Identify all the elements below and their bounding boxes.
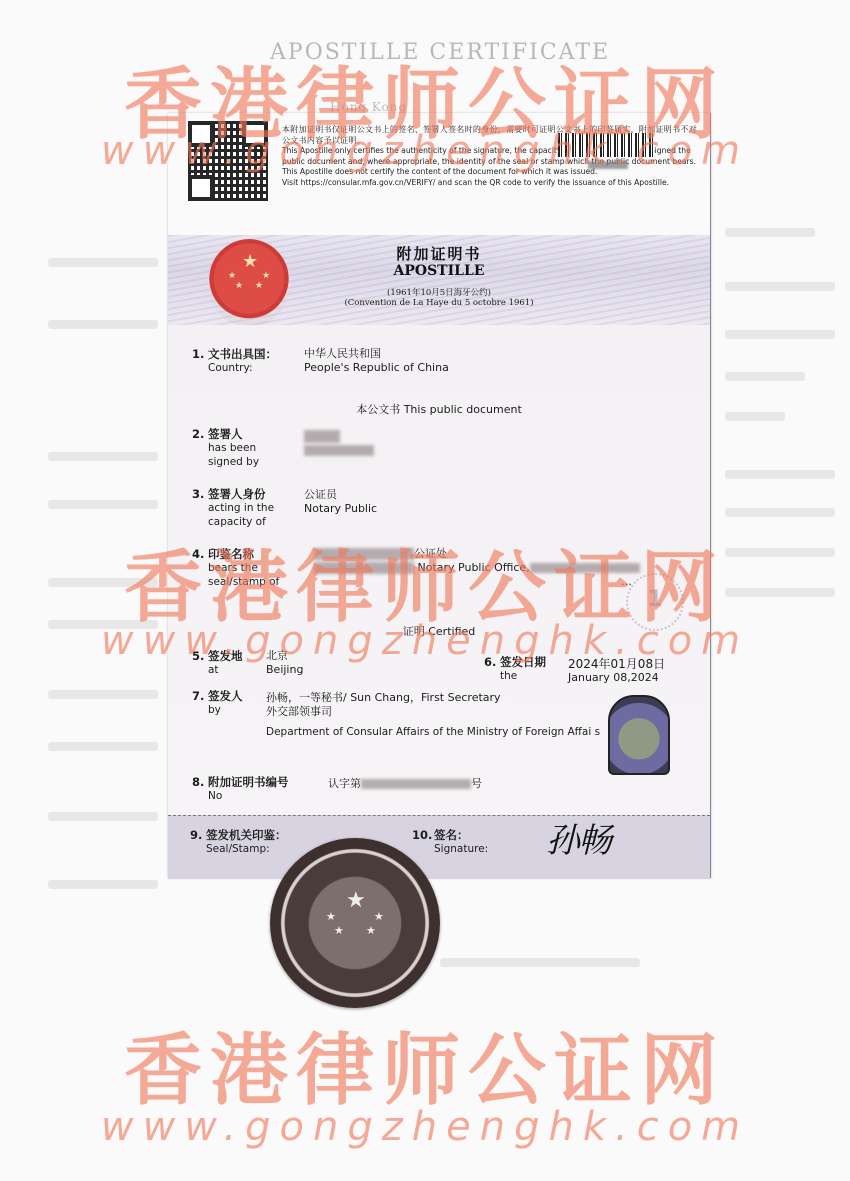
notice-verify: Visit https://consular.mfa.gov.cn/VERIFY… [282, 178, 702, 189]
bg-text-line [725, 372, 805, 381]
hologram-seal-icon [608, 695, 670, 775]
bg-text-line [725, 508, 835, 517]
bg-text-line [48, 500, 158, 509]
bg-text-line [725, 330, 835, 339]
title-band: ★ ★ ★ ★ ★ 附加证明书 APOSTILLE (1961年10月5日海牙公… [168, 235, 710, 325]
field-by-label: 7.签发人 by [192, 689, 243, 717]
watermark-url-middle: www.gongzhenghk.com [0, 618, 850, 664]
field-signed-by-value-redacted [304, 429, 374, 457]
bg-text-line [48, 880, 158, 889]
bg-text-line [48, 320, 158, 329]
field-by-value: 孙畅，一等秘书/ Sun Chang，First Secretary 外交部领事… [266, 691, 606, 739]
embossed-ministry-seal-icon: ★ ★ ★ ★ ★ [270, 838, 440, 1008]
watermark-url-bottom: www.gongzhenghk.com [0, 1104, 850, 1150]
field-number-label: 8.附加证明书编号 No [192, 775, 289, 803]
bg-text-line [48, 812, 158, 821]
handwritten-signature: 孙畅 [546, 813, 610, 862]
seal-signature-band: 9.签发机关印鉴： Seal/Stamp: 10.签名： Signature: [168, 815, 710, 879]
apostille-certificate: 本附加证明书仅证明公文书上的签名、签署人签名时的身份，需要时可证明公文书上的印鉴… [168, 113, 711, 878]
field-signed-by-label: 2.签署人 has been signed by [192, 427, 259, 469]
bg-text-line [725, 470, 835, 479]
bg-text-line [48, 258, 158, 267]
title-en: APOSTILLE [168, 263, 710, 279]
field-capacity-value: 公证员 Notary Public [304, 488, 377, 516]
convention-zh: (1961年10月5日海牙公约) [168, 286, 710, 298]
field-country-label: 1.文书出具国： Country: [192, 347, 277, 375]
title-zh: 附加证明书 [168, 243, 710, 264]
field-country-value: 中华人民共和国 People's Republic of China [304, 347, 449, 375]
bg-text-line [48, 742, 158, 751]
bg-text-line [48, 452, 158, 461]
field-signature-label: 10.签名： Signature: [412, 828, 488, 856]
bg-text-line [725, 282, 835, 291]
field-number-value: 认字第号 [328, 777, 482, 791]
bg-text-line [48, 690, 158, 699]
public-document-heading: 本公文书 This public document [168, 401, 710, 417]
convention-fr: (Convention de La Haye du 5 octobre 1961… [168, 298, 710, 308]
field-seal-label: 9.签发机关印鉴： Seal/Stamp: [190, 828, 287, 856]
bg-text-line [440, 958, 640, 967]
bg-text-line [725, 412, 785, 421]
bg-text-line [725, 228, 815, 237]
field-capacity-label: 3.签署人身份 acting in the capacity of [192, 487, 274, 529]
watermark-url-top: www.gongzhenghk.com [0, 128, 850, 174]
